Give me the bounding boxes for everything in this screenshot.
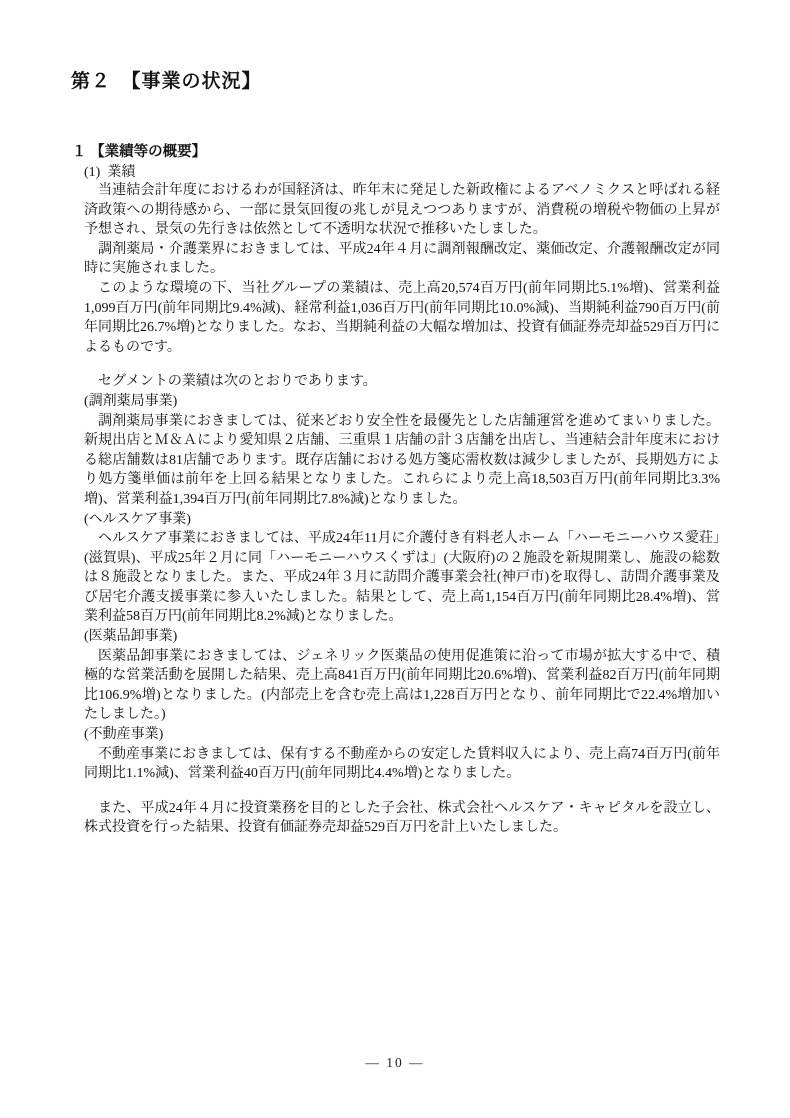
segment-label-realestate: (不動産事業) xyxy=(84,725,720,745)
paragraph-economy-overview: 当連結会計年度におけるわが国経済は、昨年末に発足した新政権によるアベノミクスと呼… xyxy=(84,181,720,240)
segment-label-pharmacy: (調剤薬局事業) xyxy=(84,392,720,412)
segment-label-healthcare: (ヘルスケア事業) xyxy=(84,510,720,530)
subsection-label-results: (1) 業績 xyxy=(84,161,135,181)
paragraph-group-results: このような環境の下、当社グループの業績は、売上高20,574百万円(前年同期比5… xyxy=(84,279,720,357)
paragraph-spacer xyxy=(84,357,720,372)
paragraph-investment-subsidiary: また、平成24年４月に投資業務を目的とした子会社、株式会社ヘルスケア・キャピタル… xyxy=(84,799,720,838)
paragraph-segment-pharmacy: 調剤薬局事業におきましては、従来どおり安全性を最優先とした店舗運営を進めてまいり… xyxy=(84,412,720,510)
paragraph-segment-intro: セグメントの業績は次のとおりであります。 xyxy=(84,372,720,392)
page-number: ― 10 ― xyxy=(0,1055,790,1071)
paragraph-segment-wholesale: 医薬品卸事業におきましては、ジェネリック医薬品の使用促進策に沿って市場が拡大する… xyxy=(84,647,720,725)
paragraph-segment-healthcare: ヘルスケア事業におきましては、平成24年11月に介護付き有料老人ホーム「ハーモニ… xyxy=(84,529,720,627)
paragraph-spacer xyxy=(84,784,720,799)
segment-label-wholesale: (医薬品卸事業) xyxy=(84,627,720,647)
section-heading-business-overview: １ 【業績等の概要】 xyxy=(72,140,206,161)
paragraph-industry-revisions: 調剤薬局・介護業界におきましては、平成24年４月に調剤報酬改定、薬価改定、介護報… xyxy=(84,240,720,279)
body-text: 当連結会計年度におけるわが国経済は、昨年末に発足した新政権によるアベノミクスと呼… xyxy=(84,181,720,838)
paragraph-segment-realestate: 不動産事業におきましては、保有する不動産からの安定した賃料収入により、売上高74… xyxy=(84,745,720,784)
report-page: 第２ 【事業の状況】 １ 【業績等の概要】 (1) 業績 当連結会計年度における… xyxy=(0,0,790,1118)
chapter-title: 第２ 【事業の状況】 xyxy=(71,66,262,93)
